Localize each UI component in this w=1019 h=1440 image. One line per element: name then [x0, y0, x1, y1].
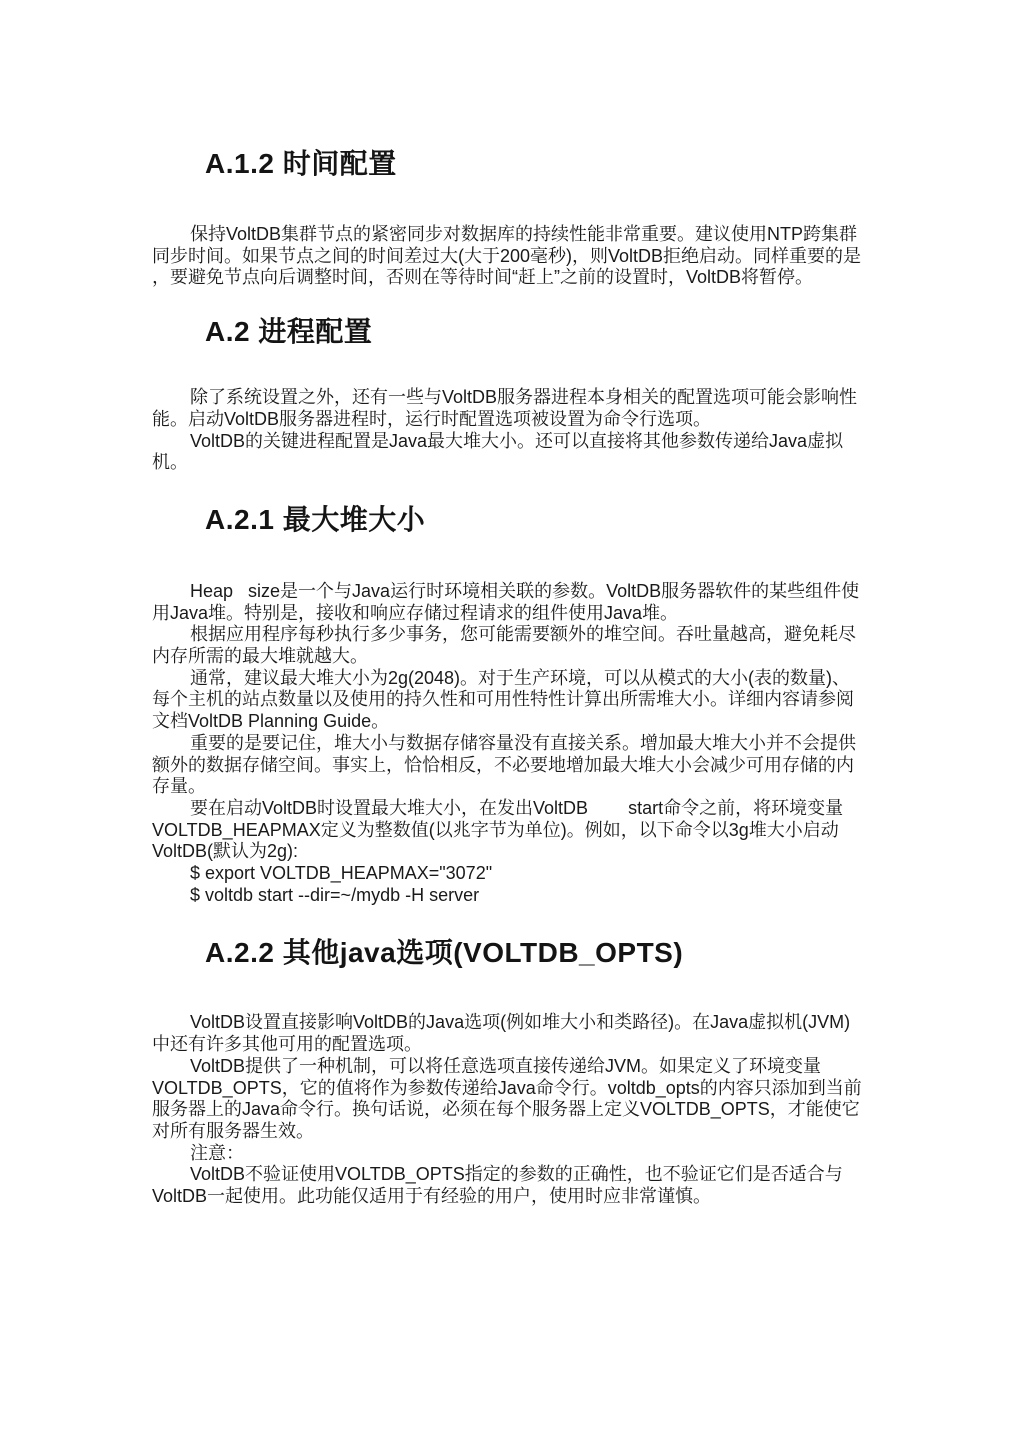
section-heading-a12: A.1.2 时间配置	[205, 147, 868, 181]
section-heading-a2: A.2 进程配置	[205, 315, 868, 349]
paragraph-line: 同步时间。如果节点之间的时间差过大(大于200毫秒)，则VoltDB拒绝启动。同…	[152, 246, 868, 268]
paragraph-line: 保持VoltDB集群节点的紧密同步对数据库的持续性能非常重要。建议使用NTP跨集…	[152, 224, 868, 246]
paragraph-line: VoltDB一起使用。此功能仅适用于有经验的用户，使用时应非常谨慎。	[152, 1186, 868, 1208]
paragraph-line: 用Java堆。特别是，接收和响应存储过程请求的组件使用Java堆。	[152, 603, 868, 625]
paragraph-line: 额外的数据存储空间。事实上，恰恰相反，不必要地增加最大堆大小会减少可用存储的内	[152, 755, 868, 777]
paragraph-line: 机。	[152, 452, 868, 474]
section-a21-body: Heap size是一个与Java运行时环境相关联的参数。VoltDB服务器软件…	[152, 581, 868, 907]
paragraph-line: VoltDB的关键进程配置是Java最大堆大小。还可以直接将其他参数传递给Jav…	[152, 431, 868, 453]
paragraph-line: VoltDB不验证使用VOLTDB_OPTS指定的参数的正确性，也不验证它们是否…	[152, 1164, 868, 1186]
paragraph-line: 除了系统设置之外，还有一些与VoltDB服务器进程本身相关的配置选项可能会影响性	[152, 387, 868, 409]
section-a22-body: VoltDB设置直接影响VoltDB的Java选项(例如堆大小和类路径)。在Ja…	[152, 1012, 868, 1207]
section-a12-body: 保持VoltDB集群节点的紧密同步对数据库的持续性能非常重要。建议使用NTP跨集…	[152, 224, 868, 289]
paragraph-line: 文档VoltDB Planning Guide。	[152, 711, 868, 733]
code-line: $ voltdb start --dir=~/mydb -H server	[152, 885, 868, 907]
paragraph-line: 存量。	[152, 776, 868, 798]
paragraph-line: 根据应用程序每秒执行多少事务，您可能需要额外的堆空间。吞吐量越高，避免耗尽	[152, 624, 868, 646]
section-a2-body: 除了系统设置之外，还有一些与VoltDB服务器进程本身相关的配置选项可能会影响性…	[152, 387, 868, 474]
paragraph-line: 每个主机的站点数量以及使用的持久性和可用性特性计算出所需堆大小。详细内容请参阅	[152, 689, 868, 711]
paragraph-line: 内存所需的最大堆就越大。	[152, 646, 868, 668]
paragraph-line: VoltDB提供了一种机制，可以将任意选项直接传递给JVM。如果定义了环境变量	[152, 1056, 868, 1078]
paragraph-line: 注意：	[152, 1143, 868, 1165]
paragraph-line: VOLTDB_OPTS，它的值将作为参数传递给Java命令行。voltdb_op…	[152, 1078, 868, 1100]
section-heading-a21: A.2.1 最大堆大小	[205, 503, 868, 537]
paragraph-line: 通常，建议最大堆大小为2g(2048)。对于生产环境，可以从模式的大小(表的数量…	[152, 668, 868, 690]
paragraph-line: 服务器上的Java命令行。换句话说，必须在每个服务器上定义VOLTDB_OPTS…	[152, 1099, 868, 1121]
paragraph-line: Heap size是一个与Java运行时环境相关联的参数。VoltDB服务器软件…	[152, 581, 868, 603]
paragraph-line: 中还有许多其他可用的配置选项。	[152, 1034, 868, 1056]
code-line: $ export VOLTDB_HEAPMAX="3072"	[152, 863, 868, 885]
paragraph-line: 要在启动VoltDB时设置最大堆大小，在发出VoltDB start命令之前，将…	[152, 798, 868, 820]
section-heading-a22: A.2.2 其他java选项(VOLTDB_OPTS)	[205, 936, 868, 970]
paragraph-line: 对所有服务器生效。	[152, 1121, 868, 1143]
paragraph-line: ，要避免节点向后调整时间，否则在等待时间“赶上”之前的设置时，VoltDB将暂停…	[152, 267, 868, 289]
document-page: A.1.2 时间配置 保持VoltDB集群节点的紧密同步对数据库的持续性能非常重…	[0, 0, 1019, 1440]
paragraph-line: VOLTDB_HEAPMAX定义为整数值(以兆字节为单位)。例如，以下命令以3g…	[152, 820, 868, 842]
paragraph-line: 重要的是要记住，堆大小与数据存储容量没有直接关系。增加最大堆大小并不会提供	[152, 733, 868, 755]
paragraph-line: VoltDB(默认为2g):	[152, 841, 868, 863]
paragraph-line: 能。启动VoltDB服务器进程时，运行时配置选项被设置为命令行选项。	[152, 409, 868, 431]
paragraph-line: VoltDB设置直接影响VoltDB的Java选项(例如堆大小和类路径)。在Ja…	[152, 1012, 868, 1034]
